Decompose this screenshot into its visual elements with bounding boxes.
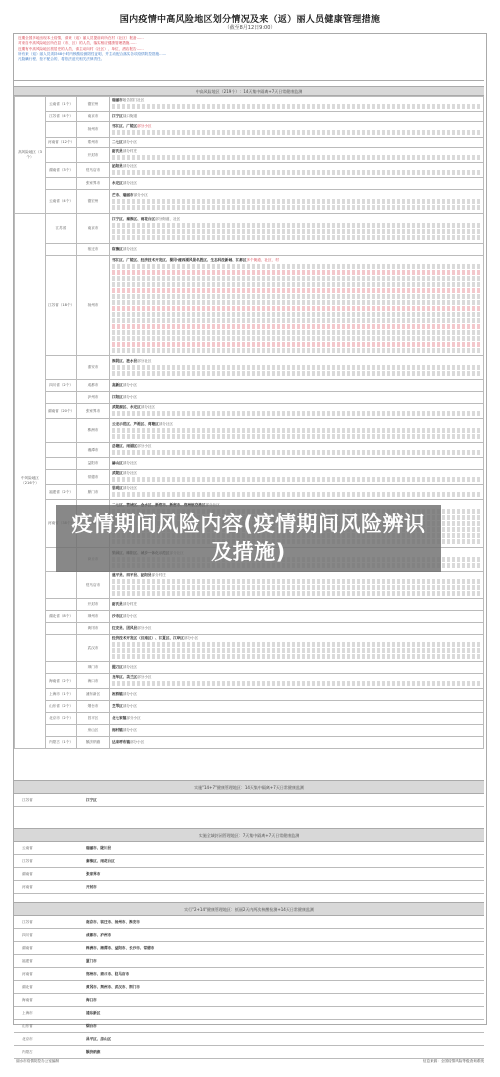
district-name: 思明区	[112, 486, 123, 490]
table-row: 上海市浦东新区	[14, 1007, 484, 1020]
document-page: 国内疫情中高风险地区划分情况及来（返）丽人员健康管理措施 （截至8月12日9:0…	[0, 0, 500, 1077]
district-name: 江宁区、秦淮区、雨花台区	[112, 217, 155, 221]
table-row: 四川省（2个）成都市高新区部分小区	[15, 380, 484, 392]
section-band-lockdown: 实施全域封闭管理地区：7天集中隔离+7天日常健康监测	[14, 828, 484, 842]
province-cell	[46, 419, 77, 443]
district-detail: 部分社区	[123, 665, 137, 669]
text-line-placeholder	[112, 318, 481, 323]
city-cell: 宿迁市	[77, 244, 110, 256]
table-row: 江苏省南京市、宿迁市、扬州市、淮安市	[14, 916, 484, 929]
city-cell: 扬州市	[77, 122, 110, 138]
table-row: 益阳市赫山区部分社区	[15, 458, 484, 470]
detail-cell: 沙市区部分小区	[110, 611, 484, 623]
city-cell: 益阳市	[77, 458, 110, 470]
table-row: 淮安市淮阴区、涟水县部分社区	[15, 356, 484, 380]
province-cell	[46, 635, 77, 662]
text-line-placeholder	[112, 312, 481, 317]
table-row: 张家界市永定区部分社区	[15, 178, 484, 190]
district-detail: 部分小区	[123, 704, 137, 708]
district-name: 赫山区	[112, 461, 123, 465]
city-cell: 驻马店市	[77, 163, 110, 178]
district-name: 云龙示范区、芦淞区、荷塘区	[112, 422, 159, 426]
area-cell: 开封市	[84, 881, 484, 894]
area-names: 开封市	[86, 885, 97, 889]
detail-cell: 红安县、团风县部分小区	[110, 623, 484, 635]
table-row: 湘潭市岳塘区、雨湖区部分小区	[15, 443, 484, 458]
table-row: 上海市（1个）浦东新区祝桥镇部分小区	[15, 689, 484, 701]
area-names: 瑞丽市、陇川县	[86, 846, 111, 850]
city-cell: 淮安市	[77, 356, 110, 380]
district-detail: 姐告国门社区	[123, 98, 145, 102]
table-row: 泸州市江阳区部分小区	[15, 392, 484, 404]
district-detail: 部分街道、社区	[155, 217, 180, 221]
detail-cell: 阎村镇部分小区	[110, 725, 484, 737]
district-detail: 部分小区	[137, 626, 151, 630]
area-names: 昌平区、房山区	[86, 1037, 111, 1041]
district-detail: 部分社区	[123, 247, 137, 251]
area-cell: 额济纳旗	[84, 1046, 484, 1059]
city-cell: 张家界市	[77, 178, 110, 190]
province-cell: 上海市	[14, 1007, 84, 1020]
text-line-placeholder	[112, 579, 481, 584]
text-line-placeholder	[112, 288, 481, 293]
area-names: 厦门市	[86, 959, 97, 963]
section-band-mid-high-risk: 中高风险地区（219个）：14天集中隔离+7天日常健康监测	[14, 86, 484, 96]
district-detail: 部分小区	[123, 140, 137, 144]
district-detail: 部分社区	[137, 359, 151, 363]
province-cell: 内蒙古（1个）	[46, 737, 77, 749]
district-name: 宿豫区	[112, 247, 123, 251]
city-cell: 黄冈市	[77, 623, 110, 635]
district-detail: 部分小区	[137, 675, 151, 679]
detail-cell: 芒市、瑞丽市部分小区	[110, 190, 484, 214]
text-line-placeholder	[112, 648, 481, 653]
district-name: 武陵源区、永定区	[112, 405, 141, 409]
district-detail: 部分小区	[134, 193, 148, 197]
province-cell	[46, 178, 77, 190]
table-row: 湖南省株洲市、湘潭市、益阳市、长沙市、常德市	[14, 942, 484, 955]
district-name: 阎村镇	[112, 728, 123, 732]
table-row: 江苏省（4个）南京市江宁区禄口街道	[15, 112, 484, 122]
text-line-placeholder	[112, 270, 481, 275]
province-cell: 四川省（2个）	[46, 380, 77, 392]
province-cell	[46, 662, 77, 674]
notice-box: 近期全国多地出现本土疫情，请来（返）丽人员提前向所在村（社区）报备…… 对来自中…	[14, 34, 484, 81]
table-row: 武汉市经济技术开发区（汉南区）、江夏区、江岸区部分小区	[15, 635, 484, 662]
province-cell	[46, 725, 77, 737]
province-cell: 海南省（2个）	[46, 674, 77, 689]
detail-cell: 芝罘区部分小区	[110, 701, 484, 713]
city-cell: 开封市	[77, 148, 110, 163]
region-cell: 中风险地区（216个）	[15, 214, 46, 749]
list-14-7: 江苏省江宁区	[14, 794, 484, 807]
district-detail: 部分村庄	[152, 573, 166, 577]
district-name: 芝罘区	[112, 704, 123, 708]
province-cell: 北京市（2个）	[46, 713, 77, 725]
area-names: 烟台市	[86, 1024, 97, 1028]
text-line-placeholder	[112, 371, 481, 376]
district-detail: 部分社区	[123, 164, 137, 168]
city-cell: 张家界市	[77, 404, 110, 419]
table-row: 海南省（2个）海口市龙华区、美兰区部分小区	[15, 674, 484, 689]
province-cell	[46, 392, 77, 404]
text-line-placeholder	[112, 585, 481, 590]
district-name: 江宁区	[112, 114, 123, 118]
detail-cell: 淮阴区、涟水县部分社区	[110, 356, 484, 380]
district-detail: 部分社区	[159, 422, 173, 426]
district-detail: 部分社区	[123, 461, 137, 465]
text-line-placeholder	[112, 235, 481, 240]
table-row: 河南省（12个）郑州市二七区部分小区	[15, 138, 484, 148]
text-line-placeholder	[112, 229, 481, 234]
district-name: 尉氏县	[112, 149, 123, 153]
province-cell	[46, 356, 77, 380]
district-detail: 部分社区	[123, 486, 137, 490]
table-row: 中风险地区（216个）江苏省南京市江宁区、秦淮区、雨花台区部分街道、社区	[15, 214, 484, 244]
district-detail: 部分社区	[123, 181, 137, 185]
detail-cell: 邗江区、广陵区部分小区	[110, 122, 484, 138]
detail-cell: 泌阳县部分社区	[110, 163, 484, 178]
detail-cell: 赫山区部分社区	[110, 458, 484, 470]
district-name: 泌阳县	[112, 164, 123, 168]
district-detail: 部分社区	[141, 405, 155, 409]
province-cell: 湖南省（3个）	[46, 163, 77, 178]
city-cell: 烟台市	[77, 701, 110, 713]
footer-compiler: 丽水市疫情防控办公室编制	[16, 1059, 59, 1064]
province-cell: 江苏省（4个）	[46, 112, 77, 122]
text-line-placeholder	[112, 591, 481, 596]
district-detail: 部分小区	[184, 636, 198, 640]
province-cell: 江苏省	[46, 214, 77, 244]
province-cell	[46, 122, 77, 138]
table-row: 湖北省黄冈市、荆州市、武汉市、荆门市	[14, 981, 484, 994]
detail-cell: 岳塘区、雨湖区部分小区	[110, 443, 484, 458]
table-row: 内蒙古额济纳旗	[14, 1046, 484, 1059]
table-row: 江苏省（18个）扬州市邗江区、广陵区、经济技术开发区、蜀冈-瘦西湖风景名胜区、生…	[15, 256, 484, 356]
city-cell: 海口市	[77, 674, 110, 689]
province-cell	[46, 623, 77, 635]
city-cell: 额济纳旗	[77, 737, 110, 749]
province-cell: 云南省（1个）	[46, 97, 77, 112]
province-cell: 云南省（4个）	[46, 190, 77, 214]
text-line-placeholder	[112, 342, 481, 347]
district-detail: 部分小区	[123, 728, 137, 732]
risk-area-table: 高风险地区（3个）云南省（1个）德宏州瑞丽市姐告国门社区江苏省（4个）南京市江宁…	[14, 96, 484, 749]
text-line-placeholder	[112, 300, 481, 305]
province-cell: 四川省	[14, 929, 84, 942]
city-cell: 开封市	[77, 599, 110, 611]
text-line-placeholder	[112, 450, 481, 455]
area-names: 成都市、泸州市	[86, 933, 111, 937]
table-row: 四川省成都市、泸州市	[14, 929, 484, 942]
area-cell: 张家界市	[84, 868, 484, 881]
city-cell: 德宏州	[77, 190, 110, 214]
detail-cell: 邗江区、广陵区、经济技术开发区、蜀冈-瘦西湖风景名胜区、生态科技新城、江都区多个…	[110, 256, 484, 356]
province-cell	[46, 572, 77, 599]
district-name: 掇刀区	[112, 665, 123, 669]
table-row: 云南省（4个）德宏州芒市、瑞丽市部分小区	[15, 190, 484, 214]
province-cell: 江苏省	[14, 916, 84, 929]
province-cell: 河南省	[14, 968, 84, 981]
text-line-placeholder	[112, 294, 481, 299]
text-line-placeholder	[112, 104, 481, 109]
district-name: 北七家镇	[112, 716, 126, 720]
detail-cell: 掇刀区部分社区	[110, 662, 484, 674]
table-row: 湖南省张家界市	[14, 868, 484, 881]
city-cell: 昌平区	[77, 713, 110, 725]
table-row: 山东省（2个）烟台市芝罘区部分小区	[15, 701, 484, 713]
detail-cell: 江阳区部分小区	[110, 392, 484, 404]
table-row: 北京市昌平区、房山区	[14, 1033, 484, 1046]
district-name: 瑞丽市	[112, 98, 123, 102]
province-cell: 湖南省	[14, 942, 84, 955]
table-row: 河南省郑州市、商丘市、驻马店市	[14, 968, 484, 981]
province-cell: 内蒙古	[14, 1046, 84, 1059]
text-line-placeholder	[112, 324, 481, 329]
district-name: 遂平县、西平县、泌阳县	[112, 573, 152, 577]
province-cell: 上海市（1个）	[46, 689, 77, 701]
city-cell: 南京市	[77, 112, 110, 122]
district-name: 经济技术开发区（汉南区）、江夏区、江岸区	[112, 636, 184, 640]
district-name: 红安县、团风县	[112, 626, 137, 630]
province-cell: 河南省	[14, 881, 84, 894]
district-detail: 部分小区	[123, 614, 137, 618]
text-line-placeholder	[112, 434, 481, 439]
province-cell: 湖南省（20个）	[46, 404, 77, 419]
province-cell: 湖北省（8个）	[46, 611, 77, 623]
province-cell: 湖南省	[14, 868, 84, 881]
area-names: 张家界市	[86, 872, 100, 876]
text-line-placeholder	[112, 130, 481, 135]
area-cell: 烟台市	[84, 1020, 484, 1033]
city-cell: 泸州市	[77, 392, 110, 404]
district-detail: 部分社区	[123, 471, 137, 475]
title-overlay-banner: 疫情期间风险内容(疫情期间风险辨识 及措施)	[56, 505, 441, 572]
district-name: 龙华区、美兰区	[112, 675, 137, 679]
city-cell: 湘潭市	[77, 443, 110, 458]
footer-source: 信息来源：全国疫情风险等级查询系统	[423, 1059, 484, 1064]
district-detail: 部分村庄	[123, 602, 137, 606]
province-cell	[46, 443, 77, 458]
detail-cell: 达来呼布镇部分小区	[110, 737, 484, 749]
area-cell: 成都市、泸州市	[84, 929, 484, 942]
district-name: 高新区	[112, 383, 123, 387]
detail-cell: 思明区部分社区	[110, 485, 484, 500]
province-cell: 云南省	[14, 842, 84, 855]
detail-cell: 江宁区、秦淮区、雨花台区部分街道、社区	[110, 214, 484, 244]
text-line-placeholder	[112, 477, 481, 482]
detail-cell: 北七家镇部分小区	[110, 713, 484, 725]
table-row: 荆门市掇刀区部分社区	[15, 662, 484, 674]
area-cell: 黄冈市、荆州市、武汉市、荆门市	[84, 981, 484, 994]
detail-cell: 祝桥镇部分小区	[110, 689, 484, 701]
text-line-placeholder	[112, 365, 481, 370]
province-cell	[46, 244, 77, 256]
detail-cell: 龙华区、美兰区部分小区	[110, 674, 484, 689]
province-cell	[46, 599, 77, 611]
area-cell: 郑州市、商丘市、驻马店市	[84, 968, 484, 981]
province-cell: 福建省（2个）	[46, 485, 77, 500]
area-cell: 昌平区、房山区	[84, 1033, 484, 1046]
text-line-placeholder	[112, 428, 481, 433]
area-names: 株洲市、湘潭市、益阳市、长沙市、常德市	[86, 946, 154, 950]
table-row: 黄冈市红安县、团风县部分小区	[15, 623, 484, 635]
area-cell: 瑞丽市、陇川县	[84, 842, 484, 855]
text-line-placeholder	[112, 282, 481, 287]
district-name: 江阳区	[112, 395, 123, 399]
province-cell: 河南省（12个）	[46, 138, 77, 148]
table-row: 北京市（2个）昌平区北七家镇部分小区	[15, 713, 484, 725]
text-line-placeholder	[112, 654, 481, 659]
area-names: 秦淮区、雨花台区	[86, 859, 115, 863]
text-line-placeholder	[112, 330, 481, 335]
area-cell: 南京市、宿迁市、扬州市、淮安市	[84, 916, 484, 929]
district-detail: 部分小区	[137, 444, 151, 448]
notice-blue-line: 凡隐瞒行程、拒不配合的，将依法追究相关法律责任。	[18, 57, 480, 62]
district-detail: 部分小区	[123, 692, 137, 696]
table-row: 高风险地区（3个）云南省（1个）德宏州瑞丽市姐告国门社区	[15, 97, 484, 112]
text-line-placeholder	[112, 170, 481, 175]
area-names: 江宁区	[86, 798, 97, 802]
table-row: 湖北省（8个）荆州市沙市区部分小区	[15, 611, 484, 623]
city-cell: 房山区	[77, 725, 110, 737]
table-row: 常德市武陵区部分社区	[15, 470, 484, 485]
city-cell: 扬州市	[77, 256, 110, 356]
district-name: 武陵区	[112, 471, 123, 475]
detail-cell: 武陵源区、永定区部分社区	[110, 404, 484, 419]
area-cell: 秦淮区、雨花台区	[84, 855, 484, 868]
table-row: 内蒙古（1个）额济纳旗达来呼布镇部分小区	[15, 737, 484, 749]
table-row: 江苏省秦淮区、雨花台区	[14, 855, 484, 868]
table-row: 湖南省（20个）张家界市武陵源区、永定区部分社区	[15, 404, 484, 419]
document-subtitle: （截至8月12日9:00）	[0, 24, 500, 31]
table-row: 山东省烟台市	[14, 1020, 484, 1033]
area-names: 海口市	[86, 998, 97, 1002]
district-name: 芒市、瑞丽市	[112, 193, 134, 197]
province-cell: 江苏省	[14, 855, 84, 868]
district-name: 岳塘区、雨湖区	[112, 444, 137, 448]
text-line-placeholder	[112, 336, 481, 341]
province-cell: 江苏省	[14, 794, 84, 807]
table-row: 宿迁市宿豫区部分社区	[15, 244, 484, 256]
section-band-2-14: 实行"2+14"健康管理地区：抵丽2天内两次核酸检测+14天日常健康监测	[14, 902, 484, 916]
area-cell: 江宁区	[84, 794, 484, 807]
province-cell: 福建省	[14, 955, 84, 968]
detail-cell: 瑞丽市姐告国门社区	[110, 97, 484, 112]
text-line-placeholder	[112, 199, 481, 204]
district-detail: 部分小区	[123, 395, 137, 399]
table-row: 扬州市邗江区、广陵区部分小区	[15, 122, 484, 138]
area-cell: 株洲市、湘潭市、益阳市、长沙市、常德市	[84, 942, 484, 955]
detail-cell: 江宁区禄口街道	[110, 112, 484, 122]
table-row: 湖南省（3个）驻马店市泌阳县部分社区	[15, 163, 484, 178]
detail-cell: 宿豫区部分社区	[110, 244, 484, 256]
area-names: 黄冈市、荆州市、武汉市、荆门市	[86, 985, 140, 989]
area-cell: 浦东新区	[84, 1007, 484, 1020]
city-cell: 厦门市	[77, 485, 110, 500]
area-names: 南京市、宿迁市、扬州市、淮安市	[86, 920, 140, 924]
section-band-14-7: 实施"14+7"健康管理地区：14天集中隔离+7天日常健康监测	[14, 780, 484, 794]
district-detail: 多个街道、社区、村	[246, 258, 278, 262]
table-row: 驻马店市遂平县、西平县、泌阳县部分村庄	[15, 572, 484, 599]
city-cell: 郑州市	[77, 138, 110, 148]
region-cell: 高风险地区（3个）	[15, 97, 46, 214]
table-row: 江苏省江宁区	[14, 794, 484, 807]
city-cell: 武汉市	[77, 635, 110, 662]
city-cell: 株洲市	[77, 419, 110, 443]
text-line-placeholder	[112, 223, 481, 228]
detail-cell: 永定区部分社区	[110, 178, 484, 190]
text-line-placeholder	[112, 492, 481, 497]
table-row: 海南省海口市	[14, 994, 484, 1007]
district-name: 邗江区、广陵区、经济技术开发区、蜀冈-瘦西湖风景名胜区、生态科技新城、江都区	[112, 258, 246, 262]
city-cell: 驻马店市	[77, 572, 110, 599]
district-name: 永定区	[112, 181, 123, 185]
district-name: 尉氏县	[112, 602, 123, 606]
table-row: 河南省开封市	[14, 881, 484, 894]
area-names: 郑州市、商丘市、驻马店市	[86, 972, 129, 976]
table-row: 开封市尉氏县部分村庄	[15, 148, 484, 163]
district-name: 达来呼布镇	[112, 740, 130, 744]
city-cell: 浦东新区	[77, 689, 110, 701]
district-detail: 部分村庄	[123, 149, 137, 153]
city-cell: 荆门市	[77, 662, 110, 674]
text-line-placeholder	[112, 276, 481, 281]
district-name: 二七区	[112, 140, 123, 144]
table-row: 房山区阎村镇部分小区	[15, 725, 484, 737]
district-name: 沙市区	[112, 614, 123, 618]
province-cell: 山东省	[14, 1020, 84, 1033]
area-names: 额济纳旗	[86, 1050, 100, 1054]
text-line-placeholder	[112, 155, 481, 160]
detail-cell: 高新区部分小区	[110, 380, 484, 392]
district-detail: 部分小区	[137, 124, 151, 128]
list-lockdown: 云南省瑞丽市、陇川县江苏省秦淮区、雨花台区湖南省张家界市河南省开封市	[14, 842, 484, 894]
detail-cell: 尉氏县部分村庄	[110, 599, 484, 611]
detail-cell: 二七区部分小区	[110, 138, 484, 148]
district-detail: 部分小区	[130, 740, 144, 744]
district-detail: 部分小区	[123, 383, 137, 387]
province-cell: 山东省（2个）	[46, 701, 77, 713]
area-names: 浦东新区	[86, 1011, 100, 1015]
text-line-placeholder	[112, 411, 481, 416]
table-row: 云南省瑞丽市、陇川县	[14, 842, 484, 855]
city-cell: 南京市	[77, 214, 110, 244]
detail-cell: 遂平县、西平县、泌阳县部分村庄	[110, 572, 484, 599]
text-line-placeholder	[112, 348, 481, 353]
province-cell: 海南省	[14, 994, 84, 1007]
province-cell: 湖北省	[14, 981, 84, 994]
city-cell: 成都市	[77, 380, 110, 392]
table-row: 福建省（2个）厦门市思明区部分社区	[15, 485, 484, 500]
city-cell: 德宏州	[77, 97, 110, 112]
table-row: 株洲市云龙示范区、芦淞区、荷塘区部分社区	[15, 419, 484, 443]
detail-cell: 云龙示范区、芦淞区、荷塘区部分社区	[110, 419, 484, 443]
list-2-14: 江苏省南京市、宿迁市、扬州市、淮安市四川省成都市、泸州市湖南省株洲市、湘潭市、益…	[14, 916, 484, 1059]
detail-cell: 武陵区部分社区	[110, 470, 484, 485]
table-row: 福建省厦门市	[14, 955, 484, 968]
district-name: 邗江区、广陵区	[112, 124, 137, 128]
overlay-line-1: 疫情期间风险内容(疫情期间风险辨识	[56, 510, 441, 538]
district-detail: 禄口街道	[123, 114, 137, 118]
district-detail: 部分小区	[126, 716, 140, 720]
district-name: 淮阴区、涟水县	[112, 359, 137, 363]
province-cell	[46, 458, 77, 470]
text-line-placeholder	[112, 264, 481, 269]
province-cell	[46, 148, 77, 163]
city-cell: 荆州市	[77, 611, 110, 623]
text-line-placeholder	[112, 642, 481, 647]
